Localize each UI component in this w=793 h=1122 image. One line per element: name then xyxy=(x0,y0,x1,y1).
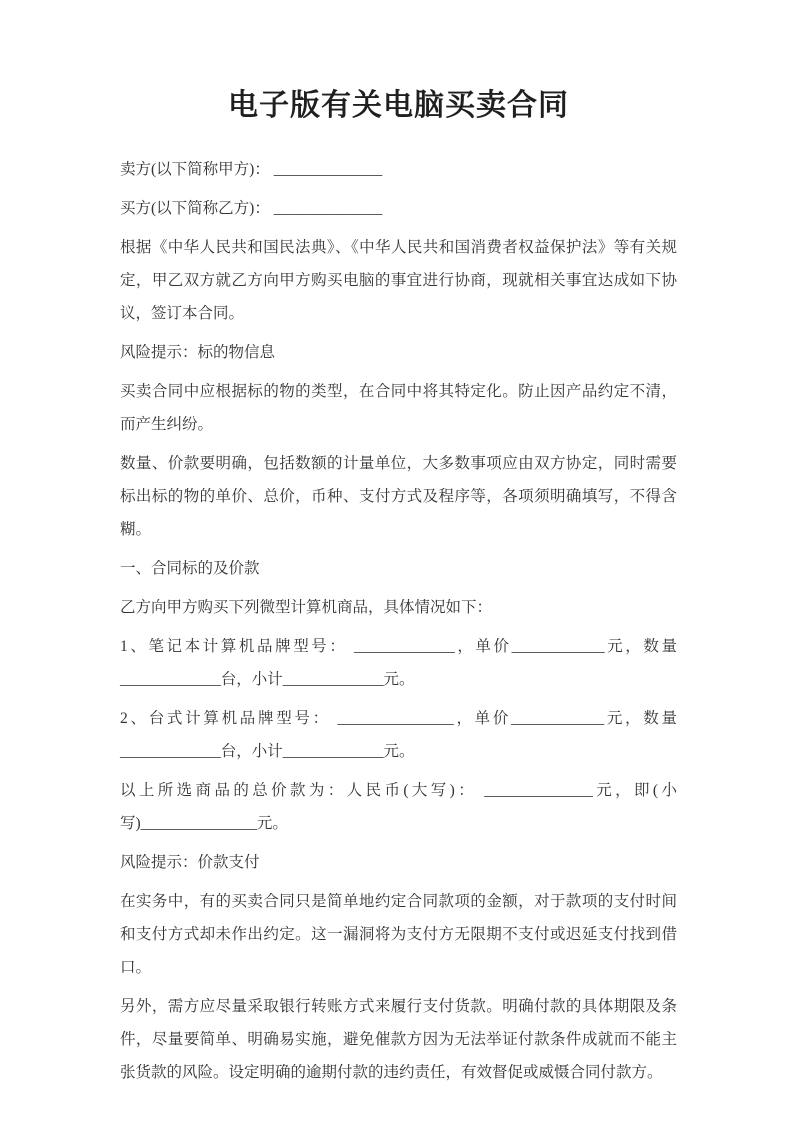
party-seller-line: 卖方(以下简称甲方)： ______________ xyxy=(120,153,677,186)
item-1-laptop-line: 1、笔记本计算机品牌型号： _____________，单价__________… xyxy=(120,630,677,696)
total-price-line: 以上所选商品的总价款为：人民币(大写)： ______________元，即(小… xyxy=(120,774,677,840)
item-2-desktop-line: 2、台式计算机品牌型号： _______________，单价_________… xyxy=(120,702,677,768)
party-buyer-line: 买方(以下简称乙方)： ______________ xyxy=(120,192,677,225)
payment-risk-paragraph-2: 另外，需方应尽量采取银行转账方式来履行支付货款。明确付款的具体期限及条件，尽量要… xyxy=(120,990,677,1089)
subject-risk-paragraph-1: 买卖合同中应根据标的物的类型，在合同中将其特定化。防止因产品约定不清，而产生纠纷… xyxy=(120,375,677,441)
payment-risk-paragraph-1: 在实务中，有的买卖合同只是简单地约定合同款项的金额，对于款项的支付时间和支付方式… xyxy=(120,885,677,984)
purchase-intro-line: 乙方向甲方购买下列微型计算机商品，具体情况如下： xyxy=(120,591,677,624)
subject-risk-paragraph-2: 数量、价款要明确，包括数额的计量单位，大多数事项应由双方协定，同时需要标出标的物… xyxy=(120,447,677,546)
risk-note-subject-title: 风险提示：标的物信息 xyxy=(120,336,677,369)
risk-note-payment-title: 风险提示：价款支付 xyxy=(120,846,677,879)
preamble-paragraph: 根据《中华人民共和国民法典》、《中华人民共和国消费者权益保护法》等有关规定，甲乙… xyxy=(120,231,677,330)
document-page: 电子版有关电脑买卖合同 卖方(以下简称甲方)： ______________ 买… xyxy=(0,0,793,1122)
document-title: 电子版有关电脑买卖合同 xyxy=(120,86,677,125)
section-1-heading: 一、合同标的及价款 xyxy=(120,552,677,585)
